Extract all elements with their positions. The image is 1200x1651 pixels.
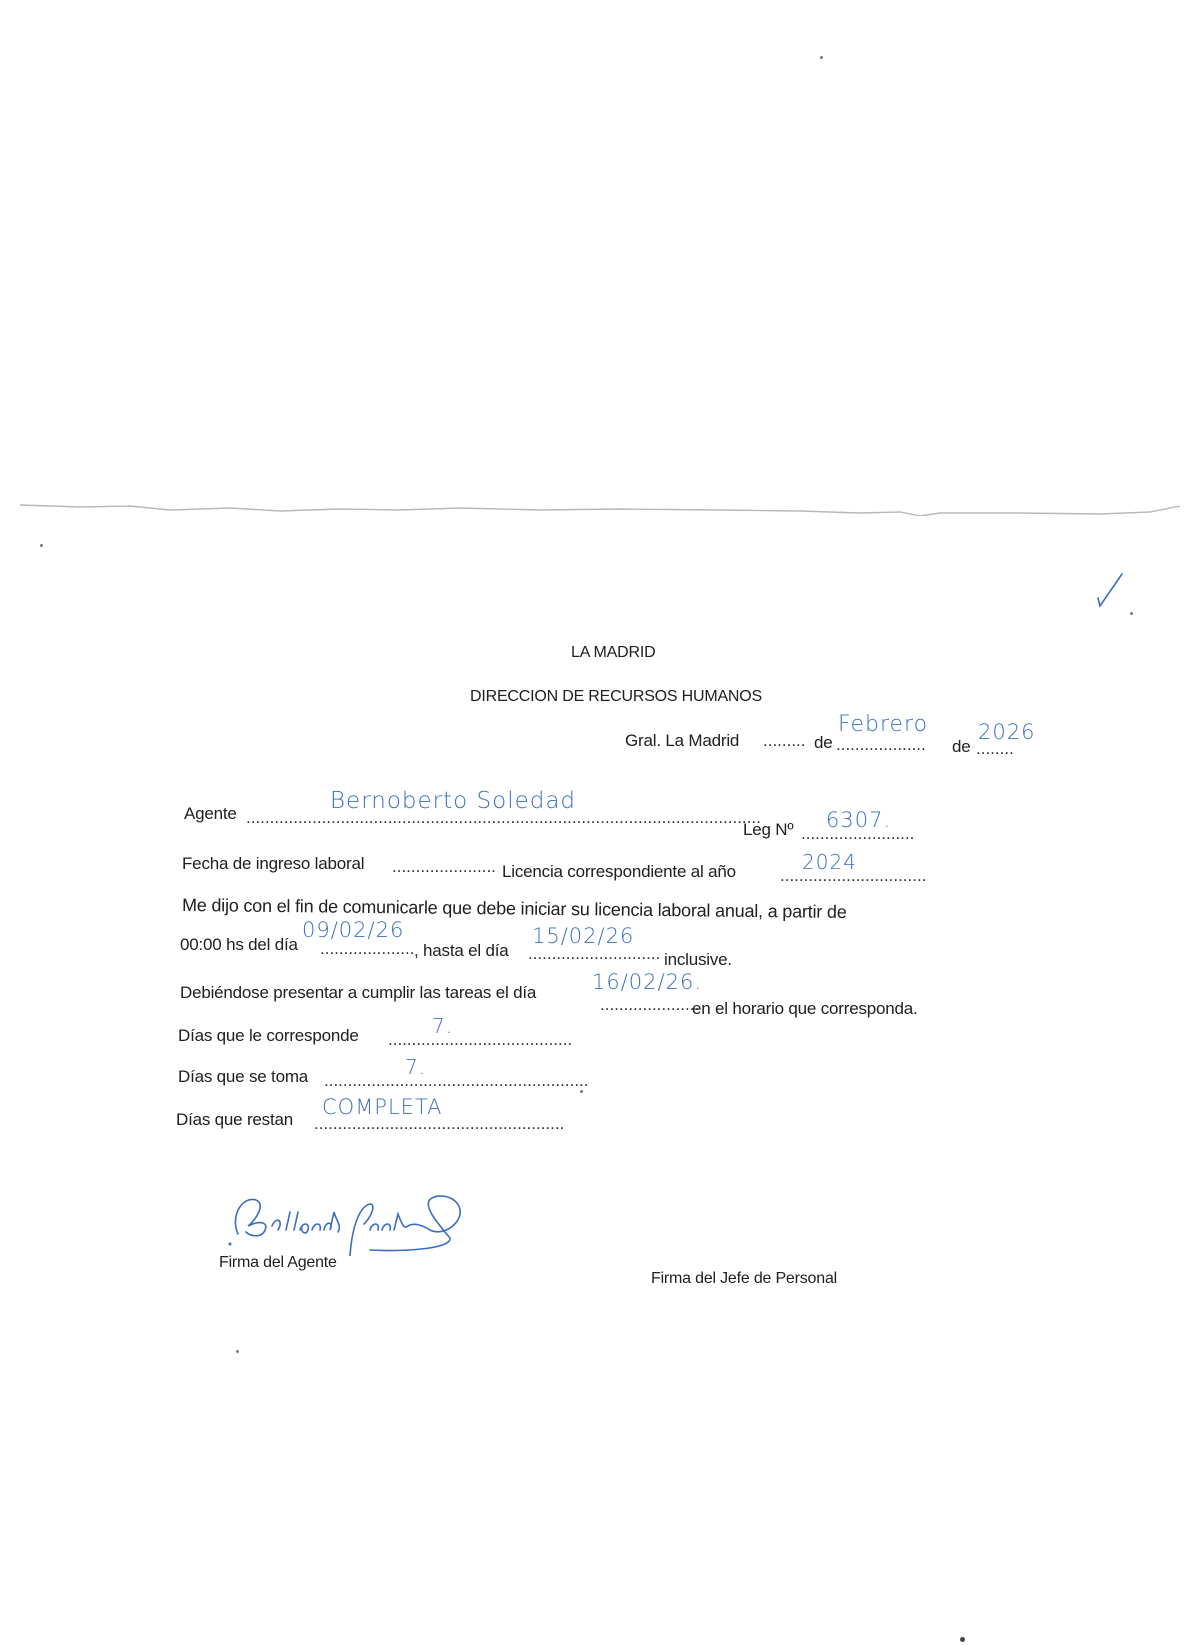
desde-dots: .................... <box>320 939 414 959</box>
hasta-label: , hasta el día <box>414 941 509 961</box>
agente-field[interactable]: Bernoberto Soledad <box>330 788 576 814</box>
check-mark-icon <box>1092 572 1132 612</box>
dias-corresponde-dots: ....................................... <box>388 1030 572 1050</box>
agent-signature-label: Firma del Agente <box>219 1254 337 1272</box>
scan-speck <box>580 1090 583 1093</box>
dias-restan-field[interactable]: COMPLETA <box>322 1095 443 1119</box>
notice-paragraph-line1: Me dijo con el fin de comunicarle que de… <box>182 895 847 923</box>
presentar-field[interactable]: 16/02/26. <box>592 970 702 994</box>
fecha-ingreso-label: Fecha de ingreso laboral <box>182 854 364 874</box>
licencia-anio-label: Licencia correspondiente al año <box>502 862 736 882</box>
de-label-1: de <box>814 733 833 753</box>
desde-label: 00:00 hs del día <box>180 935 298 955</box>
scan-speck <box>960 1637 965 1642</box>
dias-toma-dots: ........................................… <box>324 1071 589 1091</box>
day-field[interactable]: ......... <box>763 731 806 751</box>
year-field[interactable]: 2026 <box>978 720 1035 744</box>
fecha-ingreso-field[interactable]: ...................... <box>392 857 496 877</box>
torn-paper-edge <box>20 502 1180 516</box>
dias-restan-label: Días que restan <box>176 1110 293 1130</box>
scan-speck <box>236 1350 239 1353</box>
agent-signature <box>220 1186 500 1256</box>
presentar-dots: ..................... <box>600 995 699 1015</box>
scan-speck <box>820 56 823 59</box>
scan-speck <box>40 544 43 547</box>
presentar-label: Debiéndose presentar a cumplir las tarea… <box>180 983 536 1003</box>
dias-toma-label: Días que se toma <box>178 1067 308 1087</box>
leg-label: Leg Nº <box>743 820 793 840</box>
month-dots: ................... <box>836 735 926 755</box>
hasta-field[interactable]: 15/02/26 <box>532 924 634 948</box>
agente-label: Agente <box>184 804 237 824</box>
dias-corresponde-field[interactable]: 7. <box>432 1014 453 1038</box>
de-label-2: de <box>952 737 971 757</box>
horario-label: en el horario que corresponda. <box>692 999 918 1019</box>
department-heading: DIRECCION DE RECURSOS HUMANOS <box>470 688 762 706</box>
month-field[interactable]: Febrero <box>838 712 928 737</box>
dias-corresponde-label: Días que le corresponde <box>178 1026 359 1046</box>
place-label: Gral. La Madrid <box>625 731 739 751</box>
licencia-anio-field[interactable]: 2024 <box>802 850 857 874</box>
scan-speck <box>1130 612 1133 615</box>
inclusive-label: inclusive. <box>664 950 732 970</box>
desde-field[interactable]: 09/02/26 <box>302 918 404 942</box>
dias-toma-field[interactable]: 7. <box>405 1055 426 1079</box>
chief-signature-label: Firma del Jefe de Personal <box>651 1270 837 1288</box>
leg-field[interactable]: 6307. <box>826 808 891 832</box>
municipality-heading: LA MADRID <box>571 644 655 662</box>
